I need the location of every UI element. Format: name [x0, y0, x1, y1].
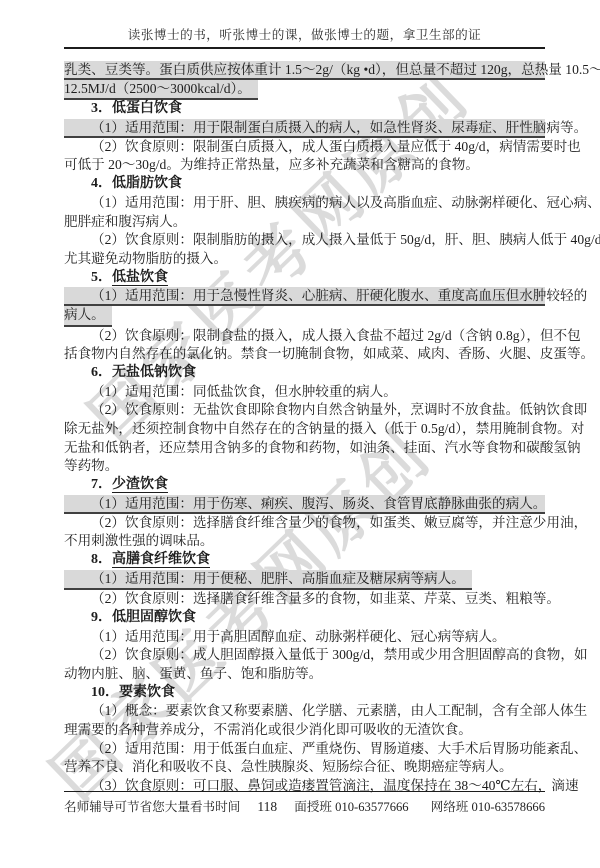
- text-line: 肥胖症和腹泻病人。: [64, 213, 545, 232]
- section-heading: 7．少渣饮食: [64, 476, 545, 495]
- text-line: （2）饮食原则：成人胆固醇摄入量低于 300g/d，禁用或少用含胆固醇高的食物，…: [64, 646, 545, 665]
- section-heading: 6．无盐低钠饮食: [64, 364, 545, 383]
- section-heading: 10．要素饮食: [64, 684, 545, 703]
- heading-number: 5．: [91, 270, 112, 285]
- text-line: 括食物内自然存在的氯化钠。禁食一切腌制食物，如咸菜、咸肉、香肠、火腿、皮蛋等。: [64, 345, 545, 364]
- section-heading: 9．低胆固醇饮食: [64, 609, 545, 628]
- heading-title: 少渣饮食: [112, 477, 168, 492]
- section-heading: 3．低蛋白饮食: [64, 100, 545, 119]
- text-line: 乳类、豆类等。蛋白质供应按体重计 1.5～2g/（kg •d），但总量不超过 1…: [64, 61, 545, 80]
- text-line: （1）适用范围：用于高胆固醇血症、动脉粥样硬化、冠心病等病人。: [64, 628, 545, 647]
- text-line: （2）适用范围：用于低蛋白血症、严重烧伤、胃肠道瘘、大手术后胃肠功能紊乱、: [64, 740, 545, 759]
- footer-slogan: 名师辅导可节省您大量看书时间: [64, 796, 240, 815]
- text-line: （1）适用范围：用于限制蛋白质摄入的病人，如急性肾炎、尿毒症、肝性脑病等。: [64, 119, 545, 138]
- heading-title: 高膳食纤维饮食: [112, 552, 210, 567]
- text-line: 动物内脏、脑、蛋黄、鱼子、饱和脂肪等。: [64, 665, 545, 684]
- heading-title: 低盐饮食: [112, 270, 168, 285]
- text-line: （2）饮食原则：无盐饮食即除食物内自然含钠量外，烹调时不放食盐。低钠饮食即: [64, 401, 545, 420]
- text-line: 除无盐外，还须控制食物中自然存在的含钠量的摄入（低于 0.5g/d），禁用腌制食…: [64, 420, 545, 439]
- footer-rule: [64, 791, 545, 792]
- document-body: 乳类、豆类等。蛋白质供应按体重计 1.5～2g/（kg •d），但总量不超过 1…: [64, 61, 545, 796]
- text-line: （1）概念：要素饮食又称要素膳、化学膳、元素膳，由人工配制，含有全部人体生: [64, 702, 545, 721]
- heading-number: 6．: [91, 365, 112, 380]
- header-rule: [64, 47, 545, 49]
- text-line: （1）适用范围：用于急慢性肾炎、心脏病、肝硬化腹水、重度高血压但水肿较轻的: [64, 287, 545, 306]
- text-line: 可低于 20～30g/d。为维持正常热量，应多补充蔬菜和含糖高的食物。: [64, 156, 545, 175]
- footer-contact-mianshouban: 面授班 010-63577666: [294, 796, 408, 815]
- header-slogan: 读张博士的书，听张博士的课，做张博士的题，拿卫生部的证: [64, 24, 545, 43]
- text-line: （1）适用范围：用于肝、胆、胰疾病的病人以及高脂血症、动脉粥样硬化、冠心病、: [64, 194, 545, 213]
- text-line: 等药物。: [64, 457, 545, 476]
- text-line: 不用刺激性强的调味品。: [64, 532, 545, 551]
- heading-number: 9．: [91, 610, 112, 625]
- footer-contacts: 面授班 010-63577666 网络班 010-63578666: [294, 796, 545, 815]
- heading-number: 4．: [91, 176, 112, 191]
- text-line: 无盐和低钠者，还应禁用含钠多的食物和药物，如油条、挂面、汽水等食物和碳酸氢钠: [64, 439, 545, 458]
- heading-title: 低蛋白饮食: [112, 101, 182, 116]
- text-line: （2）饮食原则：限制脂肪的摄入，成人摄入量低于 50g/d，肝、胆、胰病人低于 …: [64, 231, 545, 250]
- heading-number: 10．: [91, 685, 119, 700]
- heading-number: 3．: [91, 101, 112, 116]
- text-line: （2）饮食原则：限制食盐的摄入，成人摄入食盐不超过 2g/d（含钠 0.8g），…: [64, 327, 545, 346]
- text-line: （1）适用范围：同低盐饮食，但水肿较重的病人。: [64, 383, 545, 402]
- text-line: （2）饮食原则：选择膳食纤维含量多的食物，如韭菜、芹菜、豆类、粗粮等。: [64, 590, 545, 609]
- footer-row: 名师辅导可节省您大量看书时间 118 面授班 010-63577666 网络班 …: [64, 796, 545, 815]
- section-heading: 5．低盐饮食: [64, 269, 545, 288]
- heading-number: 8．: [91, 552, 112, 567]
- heading-title: 低胆固醇饮食: [112, 610, 196, 625]
- text-line: （1）适用范围：用于伤寒、痢疾、腹泻、肠炎、食管胃底静脉曲张的病人。: [64, 495, 545, 514]
- text-line: 营养不良、消化和吸收不良、急性胰腺炎、短肠综合征、晚期癌症等病人。: [64, 758, 545, 777]
- heading-title: 要素饮食: [119, 685, 175, 700]
- text-line: 12.5MJ/d（2500～3000kcal/d）。: [64, 80, 258, 101]
- text-line: （3）饮食原则：可口服、鼻饲或造瘘置管滴注，温度保持在 38～40℃左右，滴速: [64, 777, 545, 796]
- text-line: 尤其避免动物脂肪的摄入。: [64, 250, 545, 269]
- document-page: 国家医考网原创 国家医考网原创 读张博士的书，听张博士的课，做张博士的题，拿卫生…: [0, 0, 600, 868]
- page-number: 118: [257, 799, 277, 815]
- footer-contact-wangluoban: 网络班 010-63578666: [431, 796, 545, 815]
- text-line: 病人。: [64, 306, 112, 327]
- heading-title: 低脂肪饮食: [112, 176, 182, 191]
- text-line: （2）饮食原则：选择膳食纤维含量少的食物，如蛋类、嫩豆腐等，并注意少用油，: [64, 514, 545, 533]
- text-line: （2）饮食原则：限制蛋白质摄入，成人蛋白质摄入量应低于 40g/d，病情需要时也: [64, 138, 545, 157]
- text-line: 理需要的各种营养成分，不需消化或很少消化即可吸收的无渣饮食。: [64, 721, 545, 740]
- text-line: （1）适用范围：用于便秘、肥胖、高脂血症及糖尿病等病人。: [64, 570, 472, 591]
- heading-number: 7．: [91, 477, 112, 492]
- section-heading: 8．高膳食纤维饮食: [64, 551, 545, 570]
- heading-title: 无盐低钠饮食: [112, 365, 196, 380]
- section-heading: 4．低脂肪饮食: [64, 175, 545, 194]
